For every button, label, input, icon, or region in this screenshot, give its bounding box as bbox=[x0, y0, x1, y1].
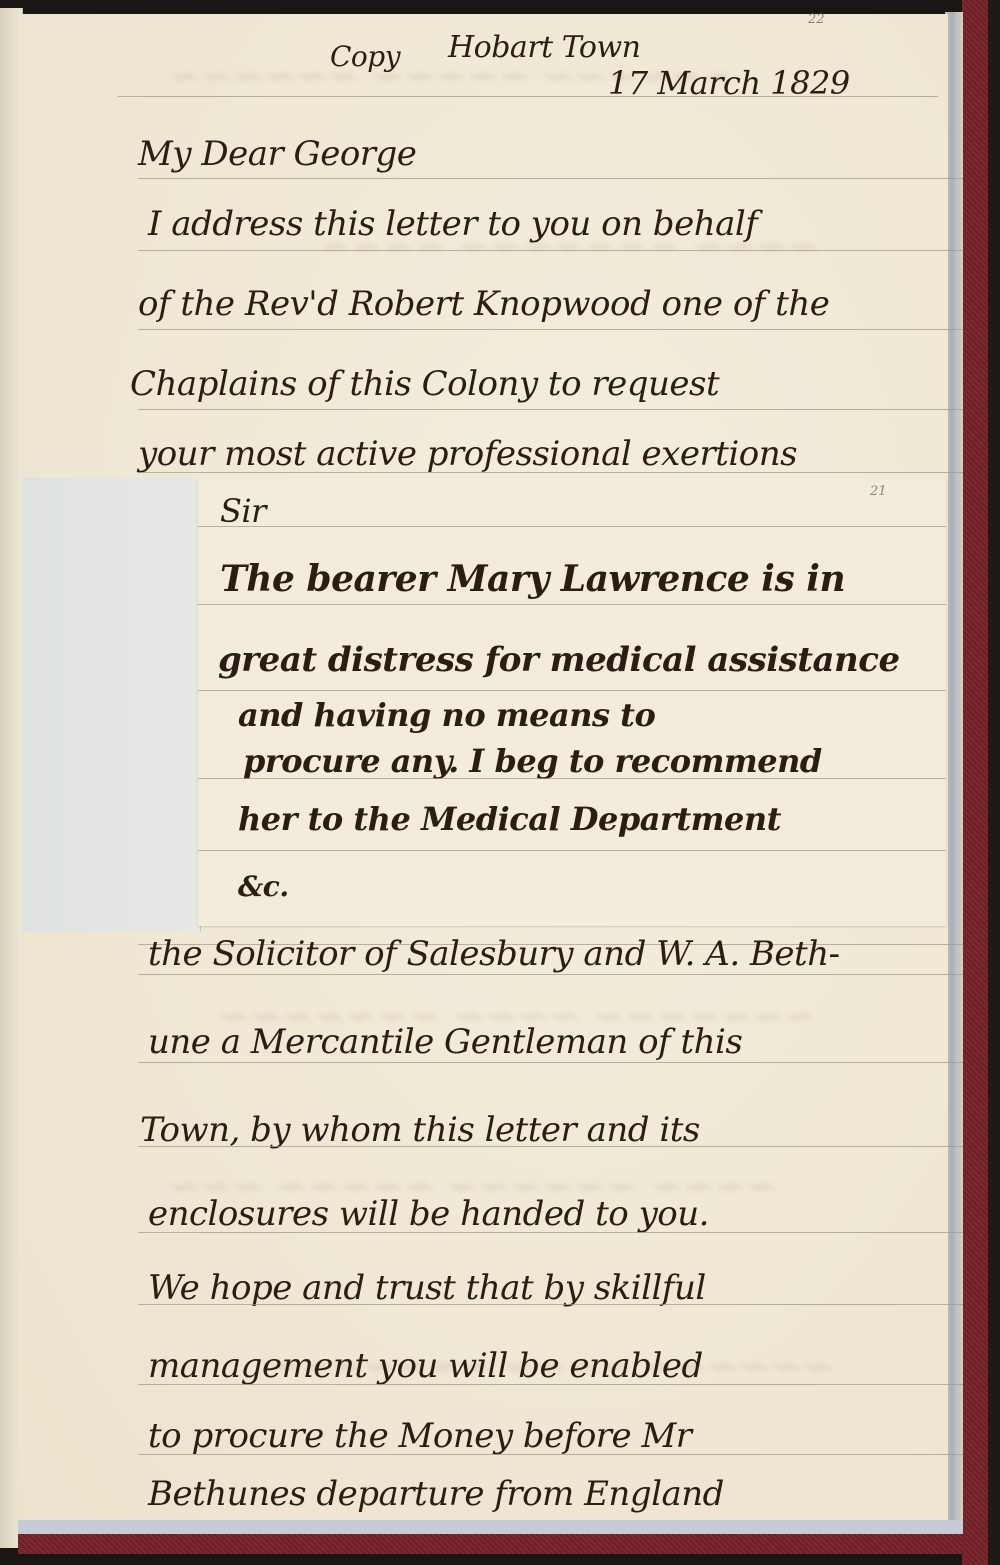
note-line: The bearer Mary Lawrence is in bbox=[220, 558, 845, 600]
blank-underlying-slip bbox=[22, 478, 201, 932]
ruled-line bbox=[138, 472, 963, 473]
body-line: Town, by whom this letter and its bbox=[140, 1110, 700, 1150]
letter-place: Hobart Town bbox=[448, 30, 641, 65]
body-line: I address this letter to you on behalf bbox=[148, 204, 757, 244]
body-line: une a Mercantile Gentleman of this bbox=[148, 1022, 742, 1062]
ruled-line bbox=[138, 329, 963, 330]
ruled-line bbox=[198, 604, 946, 605]
body-line: We hope and trust that by skillful bbox=[148, 1268, 706, 1308]
ruled-line bbox=[138, 1304, 963, 1305]
ruled-line bbox=[138, 178, 963, 179]
pasted-inserted-note: 21 Sir The bearer Mary Lawrence is in gr… bbox=[198, 478, 946, 926]
body-line: management you will be enabled bbox=[148, 1346, 703, 1386]
folio-number: 21 bbox=[870, 484, 887, 499]
page-bottom-edge bbox=[18, 1520, 963, 1534]
ruled-line bbox=[138, 1146, 963, 1147]
body-line: Bethunes departure from England bbox=[148, 1474, 724, 1514]
ruled-line bbox=[118, 96, 938, 97]
ruled-line bbox=[198, 778, 946, 779]
note-line: her to the Medical Department bbox=[238, 800, 781, 838]
ruled-line bbox=[138, 250, 963, 251]
body-line: the Solicitor of Salesbury and W. A. Bet… bbox=[148, 934, 840, 974]
ruled-line bbox=[198, 690, 946, 691]
body-line: enclosures will be handed to you. bbox=[148, 1194, 709, 1234]
body-line: of the Rev'd Robert Knopwood one of the bbox=[138, 284, 829, 324]
note-salutation: Sir bbox=[220, 492, 266, 530]
ruled-line bbox=[198, 850, 946, 851]
salutation: My Dear George bbox=[138, 134, 416, 174]
ruled-line bbox=[138, 1454, 963, 1455]
copy-mark: Copy bbox=[330, 40, 400, 73]
ruled-line bbox=[198, 526, 946, 527]
body-line: Chaplains of this Colony to request bbox=[130, 364, 719, 404]
note-line: great distress for medical assistance bbox=[218, 640, 900, 680]
ruled-line bbox=[138, 1232, 963, 1233]
bottom-cloth-binding bbox=[18, 1534, 963, 1554]
note-line: &c. bbox=[238, 870, 289, 903]
binding-shadow bbox=[988, 0, 1000, 1565]
body-line: your most active professional exertions bbox=[138, 434, 797, 474]
note-line: and having no means to bbox=[238, 696, 655, 734]
ruled-line bbox=[138, 1384, 963, 1385]
ruled-line bbox=[138, 974, 963, 975]
ruled-line bbox=[138, 1062, 963, 1063]
folio-number: 22 bbox=[808, 12, 825, 27]
ruled-line bbox=[138, 409, 963, 410]
note-line: procure any. I beg to recommend bbox=[243, 742, 822, 780]
body-line: to procure the Money before Mr bbox=[148, 1416, 692, 1456]
